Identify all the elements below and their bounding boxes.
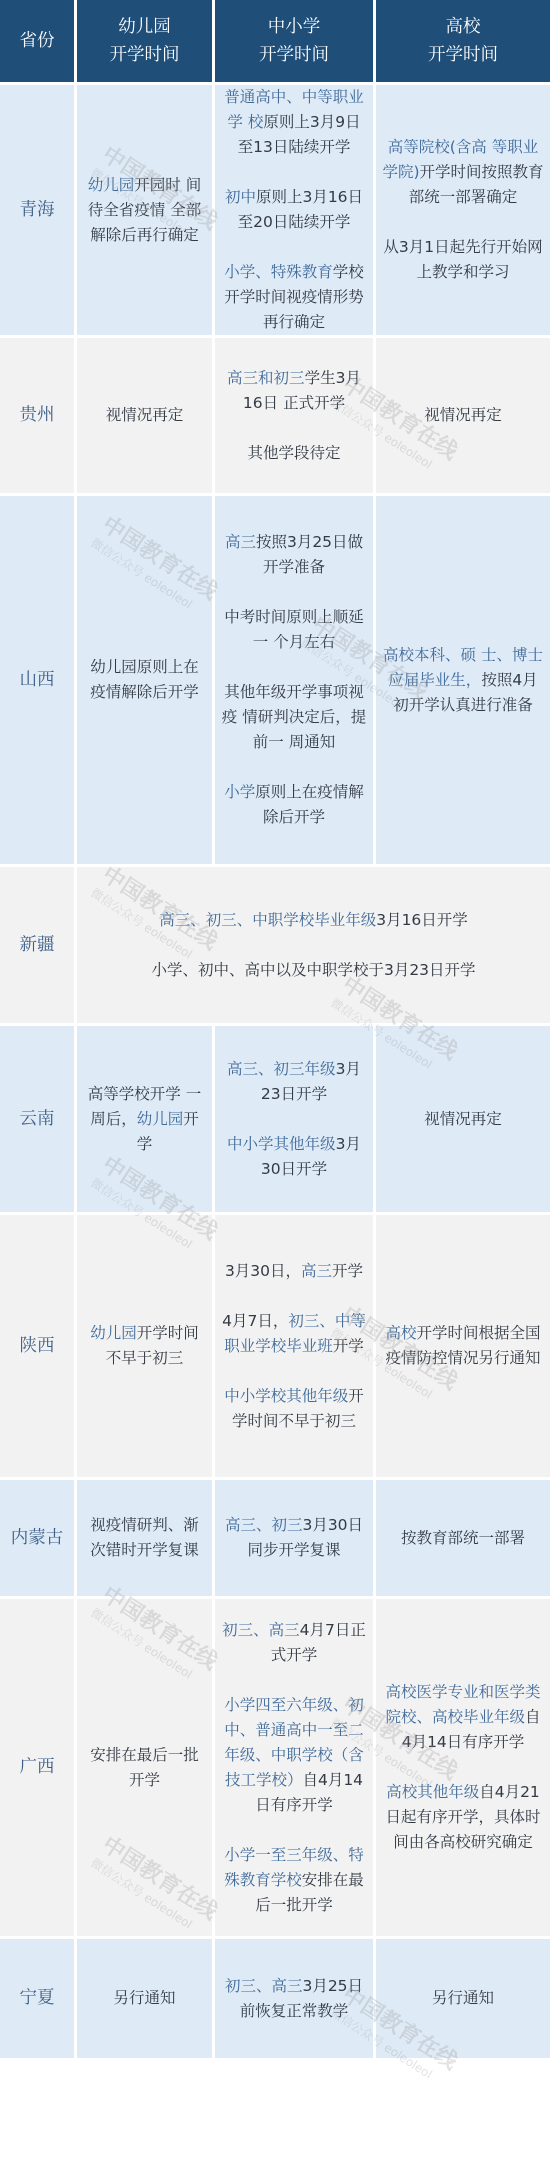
header-province: 省份 — [0, 0, 74, 82]
body-text: 从3月1日起先行开始网上教学和学习 — [383, 238, 542, 281]
header-sublabel: 开学时间 — [110, 41, 180, 69]
province-cell: 内蒙古 — [0, 1480, 74, 1596]
cell-paragraph: 高校医学专业和医学类院校、高校毕业年级自4月14日有序开学 — [382, 1680, 544, 1755]
body-text: 视情况再定 — [424, 1110, 502, 1128]
highlight-text: 幼儿园 — [90, 1324, 137, 1342]
k12-cell: 初三、高三3月25日前恢复正常教学 — [215, 1939, 373, 2058]
header-kindergarten: 幼儿园 开学时间 — [77, 0, 212, 82]
cell-paragraph: 从3月1日起先行开始网上教学和学习 — [382, 235, 544, 285]
table-row: 内蒙古视疫情研判、渐次错时开学复课高三、初三3月30日同步开学复课按教育部统一部… — [0, 1480, 550, 1596]
body-text: 原则上在疫情解除后开学 — [255, 783, 364, 826]
table-row: 新疆高三、初三、中职学校毕业年级3月16日开学小学、初中、高中以及中职学校于3月… — [0, 867, 550, 1023]
body-text: 安排在最后一批开学 — [90, 1746, 199, 1789]
body-text: 开学 — [332, 1262, 363, 1280]
cell-paragraph: 另行通知 — [432, 1986, 494, 2011]
body-text: 视情况再定 — [106, 406, 184, 424]
kindergarten-cell: 安排在最后一批开学 — [77, 1599, 212, 1936]
university-cell: 高等院校(含高 等职业学院)开学时间按照教育部统一部署确定从3月1日起先行开始网… — [376, 85, 550, 335]
cell-paragraph: 小学四至六年级、初中、普通高中一至二年级、中职学校（含技工学校）自4月14日有序… — [221, 1693, 367, 1818]
highlight-text: 高三 — [301, 1262, 332, 1280]
cell-paragraph: 高三和初三学生3月16日 正式开学 — [221, 366, 367, 416]
cell-paragraph: 3月30日，高三开学 — [225, 1259, 363, 1284]
k12-cell: 高三和初三学生3月16日 正式开学其他学段待定 — [215, 338, 373, 493]
table-header-row: 省份 幼儿园 开学时间 中小学 开学时间 高校 开学时间 — [0, 0, 550, 82]
body-text: 开学时间按照教育部统一部署确定 — [409, 163, 544, 206]
highlight-text: 高校医学专业和医学类院校、高校毕业年级 — [385, 1683, 540, 1726]
cell-paragraph: 高等学校开学 一周后，幼儿园开学 — [83, 1082, 206, 1157]
cell-paragraph: 高三、初三、中职学校毕业年级3月16日开学 — [159, 908, 468, 933]
cell-paragraph: 视情况再定 — [424, 403, 502, 428]
highlight-text: 高三和初三 — [227, 369, 305, 387]
highlight-text: 初三、高三 — [225, 1977, 303, 1995]
university-cell: 高校本科、硕 士、博士应届毕业生，按照4月初开学认真进行准备 — [376, 496, 550, 864]
province-name: 陕西 — [20, 1334, 55, 1359]
highlight-text: 初中 — [225, 188, 256, 206]
university-cell: 另行通知 — [376, 1939, 550, 2058]
highlight-text: 高三、初三 — [225, 1516, 303, 1534]
cell-paragraph: 初三、高三4月7日正式开学 — [221, 1618, 367, 1668]
province-cell: 贵州 — [0, 338, 74, 493]
table-row: 青海幼儿园开园时 间待全省疫情 全部解除后再行确定普通高中、中等职业学 校原则上… — [0, 85, 550, 335]
cell-paragraph: 高三、初三年级3月23日开学 — [221, 1057, 367, 1107]
body-text: 4月7日， — [222, 1312, 288, 1330]
highlight-text: 高三、初三年级 — [227, 1060, 336, 1078]
header-label: 高校 — [446, 13, 481, 41]
kindergarten-cell: 视疫情研判、渐次错时开学复课 — [77, 1480, 212, 1596]
header-university: 高校 开学时间 — [376, 0, 550, 82]
cell-paragraph: 高校其他年级自4月21日起有序开学，具体时间由各高校研究确定 — [382, 1780, 544, 1855]
body-text: 视情况再定 — [424, 406, 502, 424]
cell-paragraph: 小学、特殊教育学校开学时间视疫情形势再行确定 — [221, 260, 367, 335]
table-row: 宁夏另行通知初三、高三3月25日前恢复正常教学另行通知 — [0, 1939, 550, 2058]
body-text: 3月16日开学 — [376, 911, 468, 929]
highlight-text: 高校 — [385, 1324, 416, 1342]
body-text: 原则上3月16日至20日陆续开学 — [238, 188, 363, 231]
cell-paragraph: 其他年级开学事项视疫 情研判决定后，提前一 周通知 — [221, 680, 367, 755]
body-text: 于3月23日开学 — [368, 961, 475, 979]
body-text: 中考时间原则上顺延一 个月左右 — [224, 608, 364, 651]
kindergarten-cell: 另行通知 — [77, 1939, 212, 2058]
cell-paragraph: 中考时间原则上顺延一 个月左右 — [221, 605, 367, 655]
cell-paragraph: 视情况再定 — [424, 1107, 502, 1132]
kindergarten-cell: 幼儿园原则上在疫情解除后开学 — [77, 496, 212, 864]
province-name: 广西 — [20, 1755, 55, 1780]
cell-paragraph: 幼儿园开学时间不早于初三 — [83, 1321, 206, 1371]
university-cell: 按教育部统一部署 — [376, 1480, 550, 1596]
cell-paragraph: 高校开学时间根据全国疫情防控情况另行通知 — [382, 1321, 544, 1371]
cell-paragraph: 初中原则上3月16日至20日陆续开学 — [221, 185, 367, 235]
province-cell: 山西 — [0, 496, 74, 864]
k12-cell: 高三、初三3月30日同步开学复课 — [215, 1480, 373, 1596]
province-name: 云南 — [20, 1107, 55, 1132]
cell-paragraph: 高三、初三3月30日同步开学复课 — [221, 1513, 367, 1563]
highlight-text: 高三、初三、中职学校毕业年级 — [159, 911, 376, 929]
body-text: 3月30日， — [225, 1262, 301, 1280]
province-name: 青海 — [20, 198, 55, 223]
university-cell: 视情况再定 — [376, 1026, 550, 1212]
body-text: 幼儿园原则上在疫情解除后开学 — [90, 658, 199, 701]
body-text: 按照3月25日做开学准备 — [256, 533, 363, 576]
table-row: 贵州视情况再定高三和初三学生3月16日 正式开学其他学段待定视情况再定 — [0, 338, 550, 493]
province-cell: 新疆 — [0, 867, 74, 1023]
table-row: 云南高等学校开学 一周后，幼儿园开学高三、初三年级3月23日开学中小学其他年级3… — [0, 1026, 550, 1212]
highlight-text: 中小学校其他年级 — [224, 1387, 348, 1405]
k12-cell: 初三、高三4月7日正式开学小学四至六年级、初中、普通高中一至二年级、中职学校（含… — [215, 1599, 373, 1936]
highlight-text: 初三、高三 — [222, 1621, 300, 1639]
province-cell: 陕西 — [0, 1215, 74, 1477]
province-name: 贵州 — [20, 403, 55, 428]
highlight-text: 小学 — [224, 783, 255, 801]
cell-paragraph: 视疫情研判、渐次错时开学复课 — [83, 1513, 206, 1563]
k12-cell: 高三、初三年级3月23日开学中小学其他年级3月30日开学 — [215, 1026, 373, 1212]
header-label: 幼儿园 — [118, 13, 171, 41]
table-row: 山西幼儿园原则上在疫情解除后开学高三按照3月25日做开学准备中考时间原则上顺延一… — [0, 496, 550, 864]
body-text: 开学 — [333, 1337, 364, 1355]
body-text: 小学、初中、高中以及中职学校 — [151, 961, 368, 979]
province-cell: 广西 — [0, 1599, 74, 1936]
body-text: 按教育部统一部署 — [401, 1529, 525, 1547]
header-k12: 中小学 开学时间 — [215, 0, 373, 82]
cell-paragraph: 幼儿园原则上在疫情解除后开学 — [83, 655, 206, 705]
highlight-text: 幼儿园 — [88, 176, 135, 194]
cell-paragraph: 安排在最后一批开学 — [83, 1743, 206, 1793]
body-text: 另行通知 — [113, 1989, 175, 2007]
province-name: 内蒙古 — [11, 1526, 64, 1551]
kindergarten-cell: 幼儿园开学时间不早于初三 — [77, 1215, 212, 1477]
highlight-text: 高校其他年级 — [386, 1783, 479, 1801]
merged-schedule-cell: 高三、初三、中职学校毕业年级3月16日开学小学、初中、高中以及中职学校于3月23… — [77, 867, 550, 1023]
cell-paragraph: 高三按照3月25日做开学准备 — [221, 530, 367, 580]
highlight-text: 高三 — [225, 533, 256, 551]
body-text: 其他年级开学事项视疫 情研判决定后，提前一 周通知 — [222, 683, 366, 751]
province-cell: 宁夏 — [0, 1939, 74, 2058]
cell-paragraph: 普通高中、中等职业学 校原则上3月9日至13日陆续开学 — [221, 85, 367, 160]
cell-paragraph: 按教育部统一部署 — [401, 1526, 525, 1551]
body-text: 另行通知 — [432, 1989, 494, 2007]
kindergarten-cell: 高等学校开学 一周后，幼儿园开学 — [77, 1026, 212, 1212]
header-sublabel: 开学时间 — [259, 41, 329, 69]
cell-paragraph: 4月7日，初三、中等职业学校毕业班开学 — [221, 1309, 367, 1359]
kindergarten-cell: 幼儿园开园时 间待全省疫情 全部解除后再行确定 — [77, 85, 212, 335]
highlight-text: 小学、特殊教育 — [224, 263, 333, 281]
cell-paragraph: 中小学校其他年级开学时间不早于初三 — [221, 1384, 367, 1434]
kindergarten-cell: 视情况再定 — [77, 338, 212, 493]
k12-cell: 3月30日，高三开学4月7日，初三、中等职业学校毕业班开学中小学校其他年级开学时… — [215, 1215, 373, 1477]
k12-cell: 普通高中、中等职业学 校原则上3月9日至13日陆续开学初中原则上3月16日至20… — [215, 85, 373, 335]
province-name: 山西 — [20, 668, 55, 693]
highlight-text: 幼儿园 — [137, 1110, 184, 1128]
university-cell: 高校开学时间根据全国疫情防控情况另行通知 — [376, 1215, 550, 1477]
cell-paragraph: 初三、高三3月25日前恢复正常教学 — [221, 1974, 367, 2024]
header-label: 省份 — [20, 27, 55, 55]
school-reopening-table: 省份 幼儿园 开学时间 中小学 开学时间 高校 开学时间 青海幼儿园开园时 间待… — [0, 0, 550, 2061]
header-label: 中小学 — [268, 13, 321, 41]
cell-paragraph: 视情况再定 — [106, 403, 184, 428]
province-cell: 云南 — [0, 1026, 74, 1212]
table-row: 陕西幼儿园开学时间不早于初三3月30日，高三开学4月7日，初三、中等职业学校毕业… — [0, 1215, 550, 1477]
cell-paragraph: 小学一至三年级、特殊教育学校安排在最后一批开学 — [221, 1843, 367, 1918]
body-text: 其他学段待定 — [247, 444, 340, 462]
university-cell: 视情况再定 — [376, 338, 550, 493]
cell-paragraph: 幼儿园开园时 间待全省疫情 全部解除后再行确定 — [83, 173, 206, 248]
cell-paragraph: 中小学其他年级3月30日开学 — [221, 1132, 367, 1182]
cell-paragraph: 小学原则上在疫情解除后开学 — [221, 780, 367, 830]
province-name: 新疆 — [20, 933, 55, 958]
province-name: 宁夏 — [20, 1986, 55, 2011]
highlight-text: 中小学其他年级 — [227, 1135, 336, 1153]
cell-paragraph: 小学、初中、高中以及中职学校于3月23日开学 — [151, 958, 475, 983]
cell-paragraph: 其他学段待定 — [247, 441, 340, 466]
header-sublabel: 开学时间 — [428, 41, 498, 69]
cell-paragraph: 另行通知 — [113, 1986, 175, 2011]
body-text: 视疫情研判、渐次错时开学复课 — [90, 1516, 199, 1559]
cell-paragraph: 高等院校(含高 等职业学院)开学时间按照教育部统一部署确定 — [382, 135, 544, 210]
k12-cell: 高三按照3月25日做开学准备中考时间原则上顺延一 个月左右其他年级开学事项视疫 … — [215, 496, 373, 864]
table-body: 青海幼儿园开园时 间待全省疫情 全部解除后再行确定普通高中、中等职业学 校原则上… — [0, 85, 550, 2058]
table-row: 广西安排在最后一批开学初三、高三4月7日正式开学小学四至六年级、初中、普通高中一… — [0, 1599, 550, 1936]
province-cell: 青海 — [0, 85, 74, 335]
cell-paragraph: 高校本科、硕 士、博士应届毕业生，按照4月初开学认真进行准备 — [382, 643, 544, 718]
university-cell: 高校医学专业和医学类院校、高校毕业年级自4月14日有序开学高校其他年级自4月21… — [376, 1599, 550, 1936]
